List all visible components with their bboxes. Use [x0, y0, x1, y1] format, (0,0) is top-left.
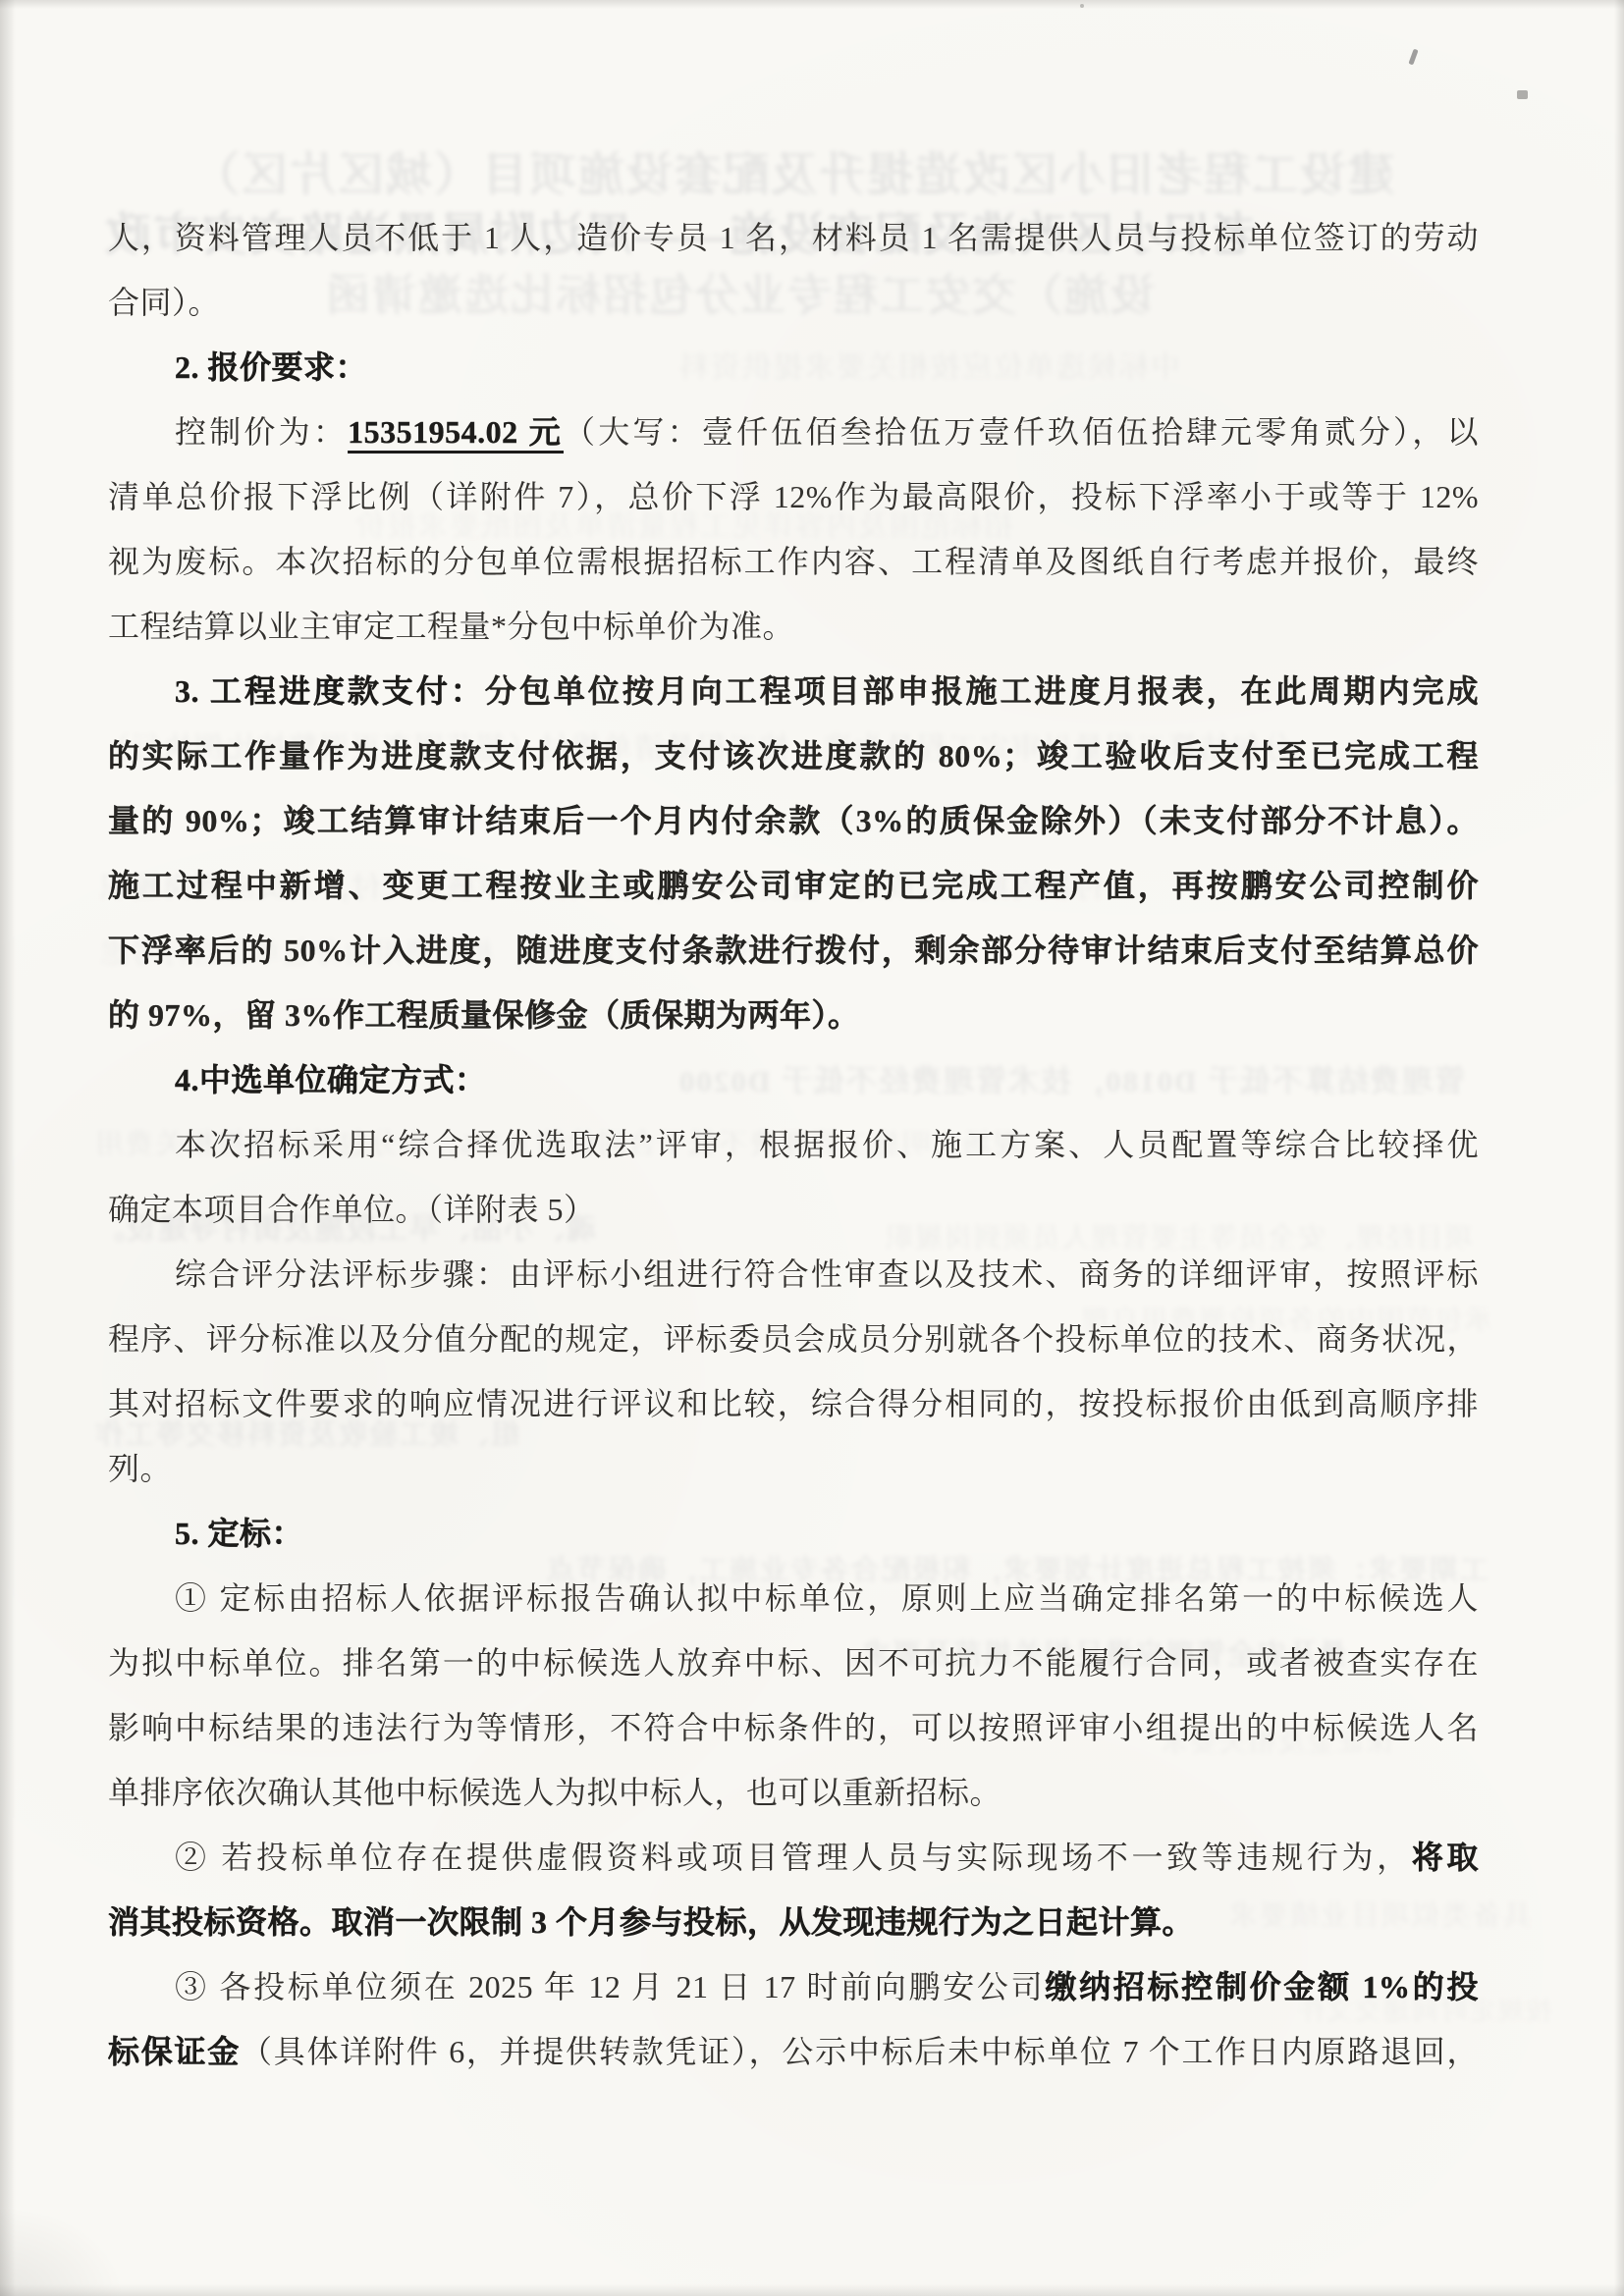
- scanned-document-page: 建设工程老旧小区改造提升及配套设施项目（城区片区）老旧小区改造及配套设施——周边…: [0, 0, 1624, 2296]
- text-segment: 为拟中标单位。排名第一的中标候选人放弃中标、因不可抗力不能履行合同，或者被查实存…: [108, 1645, 1479, 1681]
- text-segment: 15351954.02 元: [348, 414, 564, 450]
- text-line: 视为废标。本次招标的分包单位需根据招标工作内容、工程清单及图纸自行考虑并报价，最…: [108, 529, 1479, 594]
- text-line: 清单总价报下浮比例（详附件 7），总价下浮 12%作为最高限价，投标下浮率小于或…: [108, 464, 1479, 529]
- text-segment: 清单总价报下浮比例（详附件 7），总价下浮 12%作为最高限价，投标下浮率小于或…: [108, 479, 1479, 514]
- text-segment: 的实际工作量作为进度款支付依据，支付该次进度款的 80%；竣工验收后支付至已完成…: [108, 738, 1479, 774]
- text-line: 列。: [108, 1436, 1479, 1501]
- text-line: 综合评分法评标步骤：由评标小组进行符合性审查以及技术、商务的详细评审，按照评标: [108, 1242, 1479, 1307]
- text-line: 确定本项目合作单位。（详附表 5）: [108, 1177, 1479, 1242]
- scan-edge-right: [1614, 0, 1624, 2296]
- text-line: 本次招标采用“综合择优选取法”评审，根据报价、施工方案、人员配置等综合比较择优: [108, 1112, 1479, 1177]
- text-line: ③ 各投标单位须在 2025 年 12 月 21 日 17 时前向鹏安公司缴纳招…: [108, 1954, 1479, 2019]
- text-line: 程序、评分标准以及分值分配的规定，评标委员会成员分别就各个投标单位的技术、商务状…: [108, 1307, 1479, 1371]
- text-line: 下浮率后的 50%计入进度，随进度支付条款进行拨付，剩余部分待审计结束后支付至结…: [108, 918, 1479, 983]
- text-line: 的实际工作量作为进度款支付依据，支付该次进度款的 80%；竣工验收后支付至已完成…: [108, 723, 1479, 788]
- text-line: 5. 定标：: [108, 1501, 1479, 1566]
- text-line: 影响中标结果的违法行为等情形，不符合中标条件的，可以按照评审小组提出的中标候选人…: [108, 1695, 1479, 1760]
- text-segment: 量的 90%；竣工结算审计结束后一个月内付余款（3%的质保金除外）（未支付部分不…: [108, 803, 1479, 838]
- text-segment: 缴纳招标控制价金额 1%的投: [1045, 1969, 1479, 2004]
- text-line: ② 若投标单位存在提供虚假资料或项目管理人员与实际现场不一致等违规行为，将取: [108, 1825, 1479, 1890]
- text-line: 2. 报价要求：: [108, 335, 1479, 400]
- text-segment: 3. 工程进度款支付：: [175, 673, 485, 709]
- scan-edge-left: [0, 0, 16, 2296]
- text-segment: 视为废标。本次招标的分包单位需根据招标工作内容、工程清单及图纸自行考虑并报价，最…: [108, 544, 1479, 579]
- text-line: 施工过程中新增、变更工程按业主或鹏安公司审定的已完成工程产值，再按鹏安公司控制价: [108, 853, 1479, 918]
- scan-speck: [1517, 90, 1528, 99]
- text-segment: 影响中标结果的违法行为等情形，不符合中标条件的，可以按照评审小组提出的中标候选人…: [108, 1710, 1479, 1745]
- text-segment: 控制价为：: [175, 414, 348, 450]
- text-segment: 消其投标资格。取消一次限制 3 个月参与投标，从发现违规行为之日起计算。: [108, 1904, 1194, 1940]
- text-segment: 下浮率后的 50%计入进度，随进度支付条款进行拨付，剩余部分待审计结束后支付至结…: [108, 933, 1479, 968]
- text-segment: 程序、评分标准以及分值分配的规定，评标委员会成员分别就各个投标单位的技术、商务状…: [108, 1321, 1479, 1357]
- text-segment: 合同）。: [108, 285, 220, 320]
- text-segment: 本次招标采用“综合择优选取法”评审，根据报价、施工方案、人员配置等综合比较择优: [175, 1127, 1479, 1162]
- text-segment: 施工过程中新增、变更工程按业主或鹏安公司审定的已完成工程产值，再按鹏安公司控制价: [108, 868, 1479, 903]
- text-line: 3. 工程进度款支付：分包单位按月向工程项目部申报施工进度月报表，在此周期内完成: [108, 659, 1479, 723]
- bleed-through-line: 建设工程老旧小区改造提升及配套设施项目（城区片区）: [191, 153, 1394, 199]
- text-segment: 2. 报价要求：: [175, 349, 367, 385]
- text-line: 工程结算以业主审定工程量*分包中标单价为准。: [108, 594, 1479, 659]
- scan-speck: [1408, 49, 1418, 66]
- text-line: 4.中选单位确定方式：: [108, 1047, 1479, 1112]
- text-segment: ① 定标由招标人依据评标报告确认拟中标单位，原则上应当确定排名第一的中标候选人: [175, 1580, 1479, 1616]
- text-segment: 其对招标文件要求的响应情况进行评议和比较，综合得分相同的，按投标报价由低到高顺序…: [108, 1386, 1479, 1421]
- text-segment: 单排序依次确认其他中标候选人为拟中标人，也可以重新招标。: [108, 1775, 1001, 1810]
- text-line: ① 定标由招标人依据评标报告确认拟中标单位，原则上应当确定排名第一的中标候选人: [108, 1566, 1479, 1630]
- text-line: 消其投标资格。取消一次限制 3 个月参与投标，从发现违规行为之日起计算。: [108, 1890, 1479, 1954]
- text-segment: ③ 各投标单位须在 2025 年 12 月 21 日 17 时前向鹏安公司: [175, 1969, 1045, 2004]
- text-segment: 综合评分法评标步骤：由评标小组进行符合性审查以及技术、商务的详细评审，按照评标: [175, 1256, 1479, 1292]
- text-segment: 确定本项目合作单位。（详附表 5）: [108, 1192, 596, 1227]
- scan-corner-shadow: [0, 2139, 216, 2296]
- text-segment: 工程结算以业主审定工程量*分包中标单价为准。: [108, 609, 794, 644]
- text-line: 其对招标文件要求的响应情况进行评议和比较，综合得分相同的，按投标报价由低到高顺序…: [108, 1371, 1479, 1436]
- text-segment: 将取: [1412, 1840, 1479, 1875]
- text-line: 为拟中标单位。排名第一的中标候选人放弃中标、因不可抗力不能履行合同，或者被查实存…: [108, 1630, 1479, 1695]
- text-segment: 人，资料管理人员不低于 1 人，造价专员 1 名，材料员 1 名需提供人员与投标…: [108, 220, 1479, 255]
- text-segment: （具体详附件 6，并提供转款凭证），公示中标后未中标单位 7 个工作日内原路退回…: [241, 2034, 1479, 2069]
- text-segment: 列。: [108, 1451, 172, 1486]
- text-segment: 分包单位按月向工程项目部申报施工进度月报表，在此周期内完成: [485, 673, 1479, 709]
- text-line: 的 97%，留 3%作工程质量保修金（质保期为两年）。: [108, 983, 1479, 1047]
- text-line: 量的 90%；竣工结算审计结束后一个月内付余款（3%的质保金除外）（未支付部分不…: [108, 788, 1479, 853]
- text-line: 单排序依次确认其他中标候选人为拟中标人，也可以重新招标。: [108, 1760, 1479, 1825]
- text-segment: ② 若投标单位存在提供虚假资料或项目管理人员与实际现场不一致等违规行为，: [175, 1840, 1412, 1875]
- text-segment: 的 97%，留 3%作工程质量保修金（质保期为两年）。: [108, 997, 860, 1033]
- text-segment: 5. 定标：: [175, 1516, 303, 1551]
- text-line: 合同）。: [108, 270, 1479, 335]
- scan-edge-top: [0, 0, 1624, 9]
- scan-edge-bottom: [0, 2284, 1624, 2296]
- text-line: 标保证金（具体详附件 6，并提供转款凭证），公示中标后未中标单位 7 个工作日内…: [108, 2019, 1479, 2084]
- text-line: 人，资料管理人员不低于 1 人，造价专员 1 名，材料员 1 名需提供人员与投标…: [108, 205, 1479, 270]
- text-segment: 标保证金: [108, 2034, 241, 2069]
- text-line: 控制价为：15351954.02 元（大写：壹仟伍佰叁拾伍万壹仟玖佰伍拾肆元零角…: [108, 400, 1479, 464]
- text-segment: 4.中选单位确定方式：: [175, 1062, 487, 1097]
- document-text-block: 人，资料管理人员不低于 1 人，造价专员 1 名，材料员 1 名需提供人员与投标…: [108, 205, 1479, 2084]
- scan-speck: [1080, 4, 1084, 8]
- text-segment: （大写：壹仟伍佰叁拾伍万壹仟玖佰伍拾肆元零角贰分），以: [564, 414, 1479, 450]
